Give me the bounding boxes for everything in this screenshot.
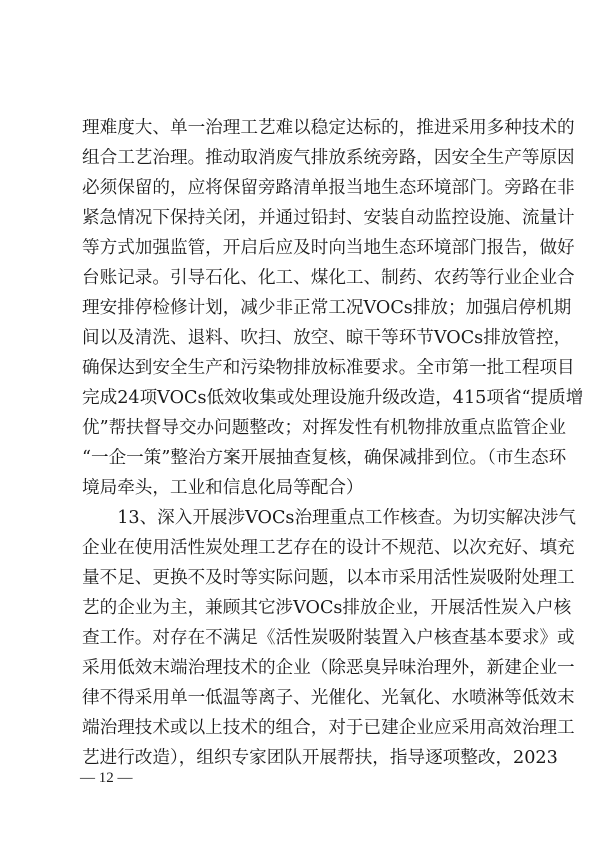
text-line: 理安排停检修计划，减少非正常工况VOCs排放；加强启停机期 [82, 293, 524, 323]
text-line: 企业在使用活性炭处理工艺存在的设计不规范、以次充好、填充 [82, 533, 524, 563]
text-line: 理难度大、单一治理工艺难以稳定达标的，推进采用多种技术的 [82, 113, 524, 143]
text-line: 采用低效末端治理技术的企业（除恶臭异味治理外，新建企业一 [82, 653, 524, 683]
text-line: 组合工艺治理。推动取消废气排放系统旁路，因安全生产等原因 [82, 143, 524, 173]
page-number: — 12 — [80, 768, 133, 788]
text-line: 等方式加强监管，开启后应及时向当地生态环境部门报告，做好 [82, 233, 524, 263]
text-line: “一企一策”整治方案开展抽查复核，确保减排到位。（市生态环 [82, 443, 524, 473]
document-page: 理难度大、单一治理工艺难以稳定达标的，推进采用多种技术的 组合工艺治理。推动取消… [0, 0, 600, 848]
body-text: 理难度大、单一治理工艺难以稳定达标的，推进采用多种技术的 组合工艺治理。推动取消… [82, 113, 524, 773]
text-line: 优”帮扶督导交办问题整改；对挥发性有机物排放重点监管企业 [82, 413, 524, 443]
text-line: 艺的企业为主，兼顾其它涉VOCs排放企业，开展活性炭入户核 [82, 593, 524, 623]
text-line: 紧急情况下保持关闭，并通过铅封、安装自动监控设施、流量计 [82, 203, 524, 233]
text-line: 端治理技术或以上技术的组合，对于已建企业应采用高效治理工 [82, 713, 524, 743]
text-line: 律不得采用单一低温等离子、光催化、光氧化、水喷淋等低效末 [82, 683, 524, 713]
text-line: 台账记录。引导石化、化工、煤化工、制药、农药等行业企业合 [82, 263, 524, 293]
text-line-paragraph-end: 境局牵头，工业和信息化局等配合） [82, 473, 524, 503]
text-line: 确保达到安全生产和污染物排放标准要求。全市第一批工程项目 [82, 353, 524, 383]
text-line: 查工作。对存在不满足《活性炭吸附装置入户核查基本要求》或 [82, 623, 524, 653]
text-line: 完成24项VOCs低效收集或处理设施升级改造，415项省“提质增 [82, 383, 524, 413]
text-line: 必须保留的，应将保留旁路清单报当地生态环境部门。旁路在非 [82, 173, 524, 203]
text-line: 间以及清洗、退料、吹扫、放空、晾干等环节VOCs排放管控， [82, 323, 524, 353]
text-line: 量不足、更换不及时等实际问题，以本市采用活性炭吸附处理工 [82, 563, 524, 593]
section-heading-line: 13、深入开展涉VOCs治理重点工作核查。为切实解决涉气 [82, 503, 524, 533]
text-line: 艺进行改造），组织专家团队开展帮扶，指导逐项整改，2023 [82, 743, 524, 773]
